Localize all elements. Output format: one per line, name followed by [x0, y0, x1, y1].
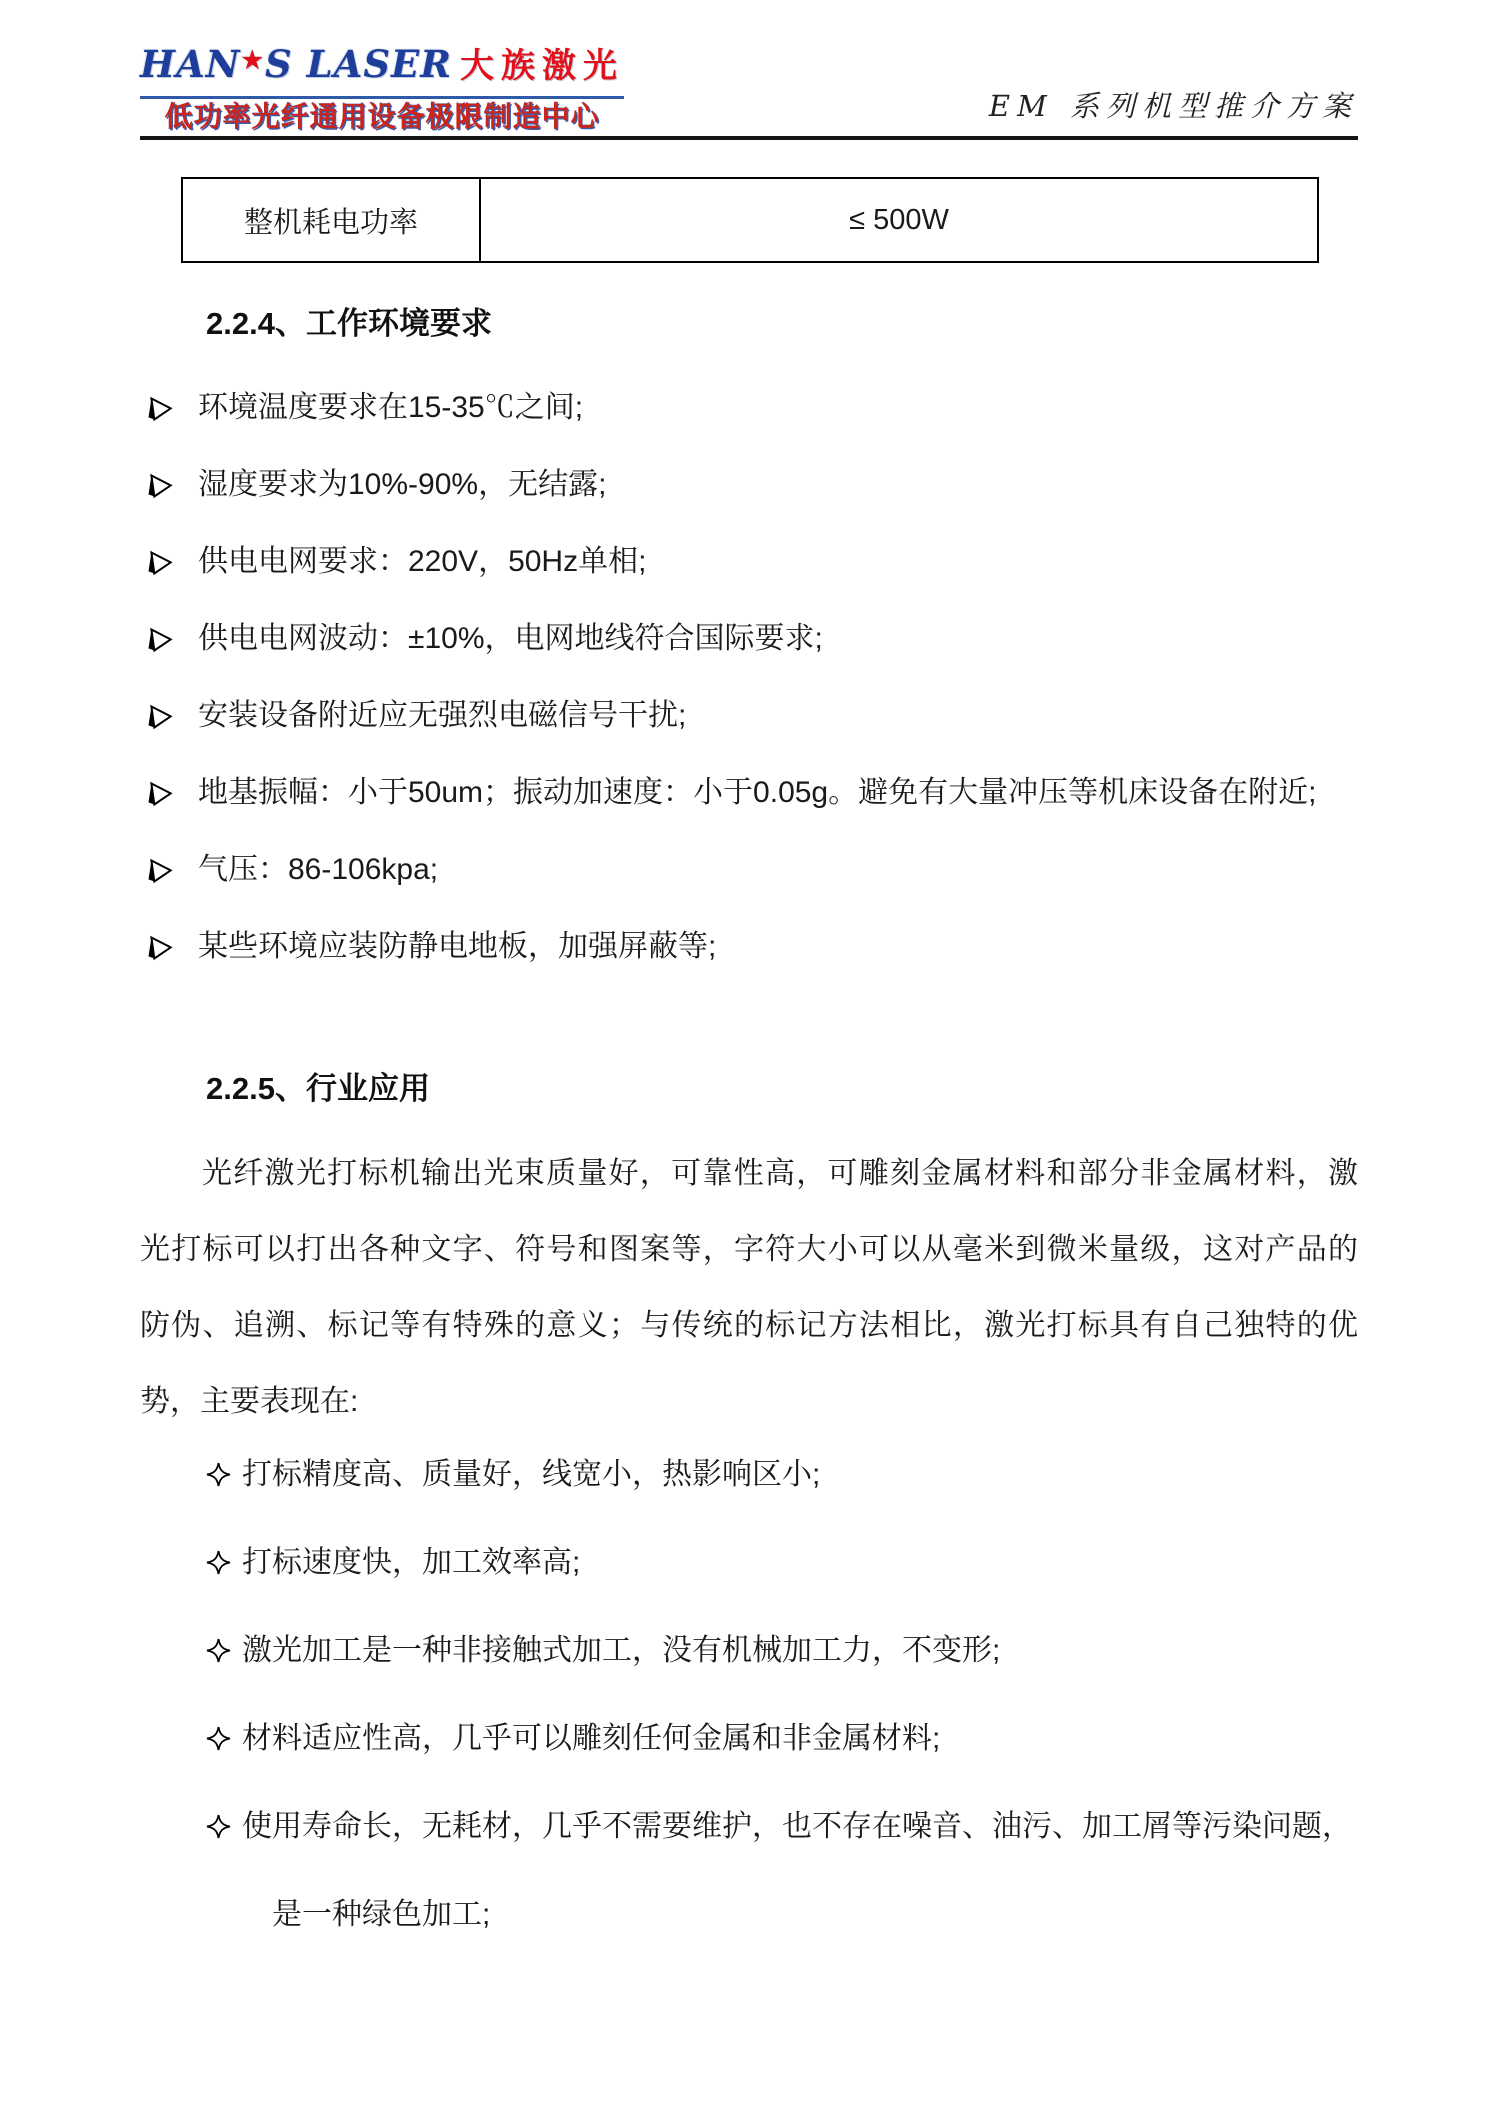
- diamond-bullet-icon: [206, 1632, 233, 1663]
- paragraph-line: 光纤激光打标机输出光束质量好，可靠性高，可雕刻金属材料和部分非金属材料，激: [140, 1136, 1358, 1212]
- arrow-bullet-icon: [145, 928, 175, 962]
- arrow-bullet-icon: [145, 543, 175, 577]
- paragraph-line: 光打标可以打出各种文字、符号和图案等，字符大小可以从毫米到微米量级，这对产品的: [140, 1212, 1358, 1288]
- spec-label-cell: 整机耗电功率: [182, 178, 480, 262]
- environment-requirement-item: 某些环境应装防静电地板，加强屏蔽等;: [140, 928, 1358, 966]
- diamond-bullet-icon: [206, 1720, 233, 1751]
- bullet-text: 打标精度高、质量好，线宽小，热影响区小;: [242, 1456, 1358, 1494]
- bullet-text: 供电电网要求：220V，50Hz单相;: [198, 543, 1358, 581]
- industry-application-paragraph: 光纤激光打标机输出光束质量好，可靠性高，可雕刻金属材料和部分非金属材料，激 光打…: [140, 1136, 1358, 1440]
- bullet-text: 材料适应性高，几乎可以雕刻任何金属和非金属材料;: [242, 1720, 1358, 1758]
- logo-subtitle: 低功率光纤通用设备极限制造中心: [140, 101, 624, 133]
- arrow-bullet-icon: [145, 697, 175, 731]
- bullet-text: 使用寿命长，无耗材，几乎不需要维护，也不存在噪音、油污、加工屑等污染问题，是一种…: [242, 1808, 1358, 1934]
- bullet-text: 供电电网波动：±10%，电网地线符合国际要求;: [198, 620, 1358, 658]
- environment-requirement-item: 供电电网波动：±10%，电网地线符合国际要求;: [140, 620, 1358, 658]
- section-heading-2-2-5: 2.2.5、行业应用: [206, 1070, 1358, 1108]
- environment-requirement-item: 安装设备附近应无强烈电磁信号干扰;: [140, 697, 1358, 735]
- logo-underline: [140, 96, 624, 99]
- environment-requirement-item: 湿度要求为10%-90%，无结露;: [140, 466, 1358, 504]
- environment-requirement-item: 环境温度要求在15-35℃之间;: [140, 389, 1358, 427]
- logo-brand-line: HAN★S LASER大族激光: [140, 38, 624, 95]
- environment-requirement-item: 供电电网要求：220V，50Hz单相;: [140, 543, 1358, 581]
- paragraph-line: 防伪、追溯、标记等有特殊的意义；与传统的标记方法相比，激光打标具有自己独特的优: [140, 1288, 1358, 1364]
- bullet-text: 气压：86-106kpa;: [198, 851, 1358, 889]
- logo-text-en: HAN★S LASER: [140, 42, 452, 86]
- logo-en-prefix: HAN: [140, 42, 241, 86]
- spec-table-row: 整机耗电功率 ≤ 500W: [182, 178, 1318, 262]
- bullet-text: 地基振幅：小于50um；振动加速度：小于0.05g。避免有大量冲压等机床设备在附…: [198, 774, 1358, 812]
- star-icon: ★: [242, 45, 265, 74]
- advantage-item: 打标精度高、质量好，线宽小，热影响区小;: [140, 1456, 1358, 1494]
- arrow-bullet-icon: [145, 851, 175, 885]
- logo-text-cn: 大族激光: [460, 47, 624, 85]
- arrow-bullet-icon: [145, 774, 175, 808]
- bullet-text: 打标速度快，加工效率高;: [242, 1544, 1358, 1582]
- spec-table: 整机耗电功率 ≤ 500W: [181, 177, 1319, 263]
- bullet-text: 湿度要求为10%-90%，无结露;: [198, 466, 1358, 504]
- advantage-item: 打标速度快，加工效率高;: [140, 1544, 1358, 1582]
- diamond-bullet-icon: [206, 1808, 233, 1839]
- logo-en-suffix: S LASER: [265, 42, 452, 86]
- arrow-bullet-icon: [145, 389, 175, 423]
- bullet-text: 某些环境应装防静电地板，加强屏蔽等;: [198, 928, 1358, 966]
- doc-title: EM 系列机型推介方案: [989, 84, 1358, 125]
- arrow-bullet-icon: [145, 466, 175, 500]
- environment-requirements-list: 环境温度要求在15-35℃之间; 湿度要求为10%-90%，无结露; 供电电网要…: [140, 389, 1358, 966]
- bullet-text: 安装设备附近应无强烈电磁信号干扰;: [198, 697, 1358, 735]
- diamond-bullet-icon: [206, 1544, 233, 1575]
- advantage-item: 使用寿命长，无耗材，几乎不需要维护，也不存在噪音、油污、加工屑等污染问题，是一种…: [140, 1808, 1358, 1934]
- section-heading-2-2-4: 2.2.4、工作环境要求: [206, 305, 1358, 343]
- hans-laser-logo: HAN★S LASER大族激光 低功率光纤通用设备极限制造中心: [140, 38, 624, 133]
- environment-requirement-item: 气压：86-106kpa;: [140, 851, 1358, 889]
- spec-value-cell: ≤ 500W: [480, 178, 1318, 262]
- document-page: HAN★S LASER大族激光 低功率光纤通用设备极限制造中心 EM 系列机型推…: [0, 0, 1500, 2121]
- paragraph-line: 势，主要表现在:: [140, 1364, 1358, 1440]
- advantage-item: 材料适应性高，几乎可以雕刻任何金属和非金属材料;: [140, 1720, 1358, 1758]
- advantage-item: 激光加工是一种非接触式加工，没有机械加工力，不变形;: [140, 1632, 1358, 1670]
- arrow-bullet-icon: [145, 620, 175, 654]
- environment-requirement-item: 地基振幅：小于50um；振动加速度：小于0.05g。避免有大量冲压等机床设备在附…: [140, 774, 1358, 812]
- diamond-bullet-icon: [206, 1456, 233, 1487]
- header-rule: [140, 136, 1358, 140]
- page-header: HAN★S LASER大族激光 低功率光纤通用设备极限制造中心 EM 系列机型推…: [140, 38, 1358, 133]
- bullet-text: 环境温度要求在15-35℃之间;: [198, 389, 1358, 427]
- bullet-text: 激光加工是一种非接触式加工，没有机械加工力，不变形;: [242, 1632, 1358, 1670]
- marking-advantages-list: 打标精度高、质量好，线宽小，热影响区小; 打标速度快，加工效率高; 激光加工是一…: [140, 1456, 1358, 1934]
